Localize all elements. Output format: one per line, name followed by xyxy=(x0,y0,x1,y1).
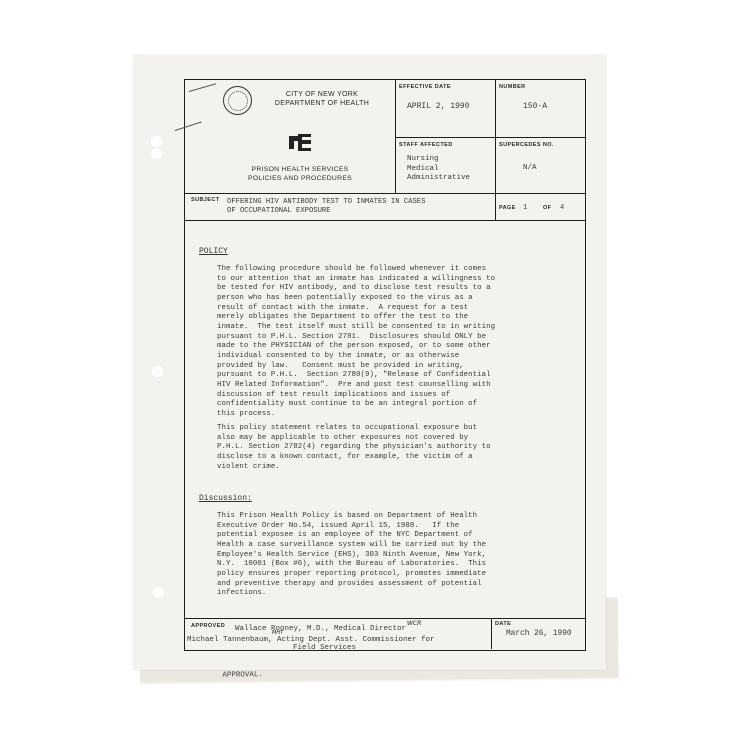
approver-2: Michael Tannenbaum, Acting Dept. Asst. C… xyxy=(187,636,435,644)
initials-1: WCR xyxy=(407,620,421,627)
subject-label: SUBJECT xyxy=(191,197,219,203)
initials-2: MHT xyxy=(272,630,283,636)
discussion-paragraph: This Prison Health Policy is based on De… xyxy=(217,512,486,599)
form-frame: CITY OF NEW YORK DEPARTMENT OF HEALTH PR… xyxy=(184,79,586,651)
staff-affected-label: STAFF AFFECTED xyxy=(399,142,453,148)
policy-paragraph-1: The following procedure should be follow… xyxy=(217,265,495,420)
effective-date-value: APRIL 2, 1990 xyxy=(407,102,469,111)
phs-logo-icon xyxy=(289,134,311,151)
approver-1: Wallace Rooney, M.D., Medical Director xyxy=(235,625,406,633)
document-page: CITY OF NEW YORK DEPARTMENT OF HEALTH PR… xyxy=(133,55,606,670)
discussion-heading: Discussion: xyxy=(199,494,252,503)
approval-date: March 26, 1990 xyxy=(506,630,572,638)
punch-hole xyxy=(152,586,165,599)
underlying-page-text: APPROVAL. xyxy=(222,671,263,679)
policy-paragraph-2: This policy statement relates to occupat… xyxy=(217,424,491,472)
page-total: 4 xyxy=(560,204,564,212)
number-value: 150-A xyxy=(523,102,547,111)
nyc-seal-icon xyxy=(223,86,252,115)
number-label: NUMBER xyxy=(499,84,526,90)
unit-name: PRISON HEALTH SERVICES POLICIES AND PROC… xyxy=(215,166,385,182)
approved-label: APPROVED xyxy=(191,623,225,629)
page-label: PAGE xyxy=(499,205,516,211)
page-of-label: OF xyxy=(543,205,551,211)
supercedes-label: SUPERCEDES NO. xyxy=(499,142,554,148)
approver-2-continued: Field Services xyxy=(293,644,356,652)
supercedes-value: N/A xyxy=(523,164,537,172)
effective-date-label: EFFECTIVE DATE xyxy=(399,84,451,90)
staff-affected-list: Nursing Medical Administrative xyxy=(407,155,470,184)
org-name: CITY OF NEW YORK DEPARTMENT OF HEALTH xyxy=(257,91,387,107)
date-label: DATE xyxy=(495,621,511,627)
page-current: 1 xyxy=(523,204,527,212)
punch-hole xyxy=(150,147,163,160)
subject-value: OFFERING HIV ANTIBODY TEST TO INMATES IN… xyxy=(227,198,425,216)
punch-hole xyxy=(151,365,164,378)
policy-heading: POLICY xyxy=(199,247,228,256)
